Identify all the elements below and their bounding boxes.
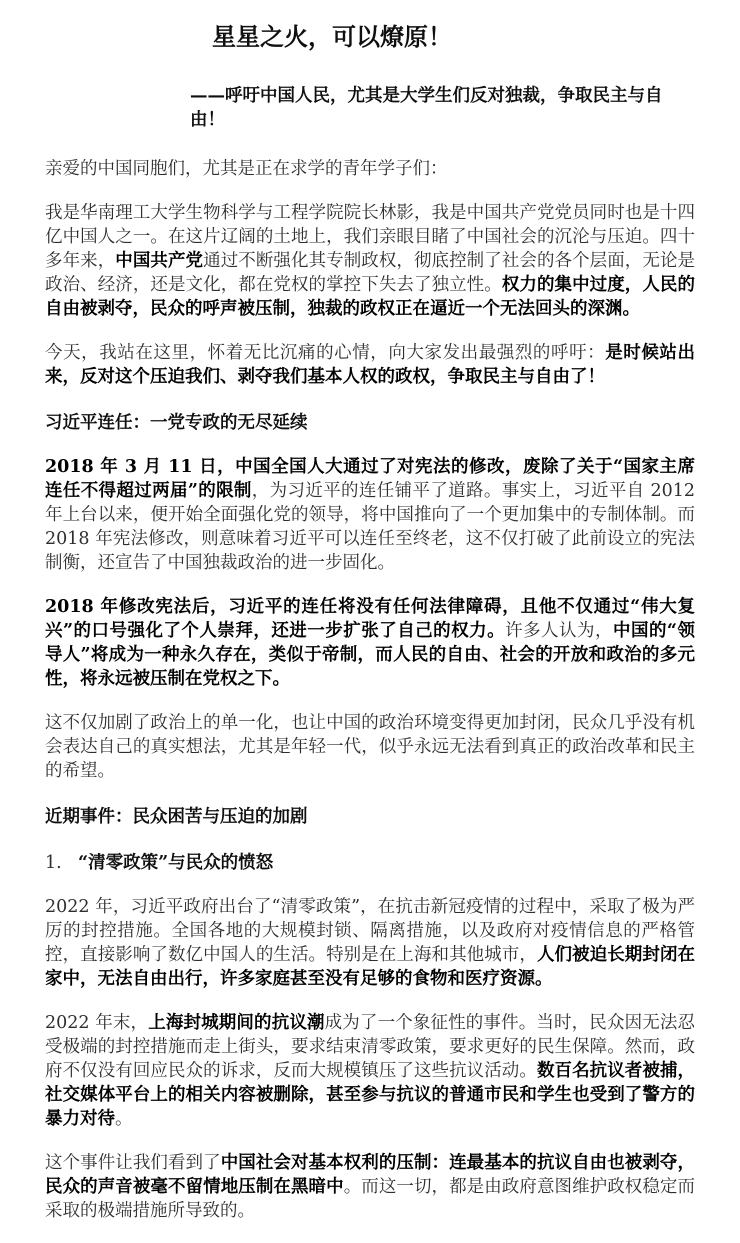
paragraph-zero-covid-policy: 2022 年，习近平政府出台了“清零政策”，在抗击新冠疫情的过程中，采取了极为严… <box>45 895 695 991</box>
doc-title: 星星之火，可以燎原！ <box>7 20 657 54</box>
numbered-heading-zero-covid: 1.“清零政策”与民众的愤怒 <box>45 851 695 875</box>
paragraph-after-amendment: 2018 年修改宪法后，习近平的连任将没有任何法律障碍，且他不仅通过“伟大复兴”… <box>45 595 695 691</box>
salutation: 亲爱的中国同胞们，尤其是正在求学的青年学子们： <box>45 157 695 181</box>
doc-subtitle: ——呼吁中国人民，尤其是大学生们反对独裁，争取民主与自由！ <box>45 84 695 132</box>
paragraph-2018-amendment: 2018 年 3 月 11 日，中国全国人大通过了对宪法的修改，废除了关于“国家… <box>45 455 695 575</box>
paragraph-political-closure: 这不仅加剧了政治上的单一化，也让中国的政治环境变得更加封闭，民众几乎没有机会表达… <box>45 711 695 783</box>
paragraph-rights-suppression: 这个事件让我们看到了中国社会对基本权利的压制：连最基本的抗议自由也被剥夺，民众的… <box>45 1151 695 1223</box>
heading-recent-events: 近期事件：民众困苦与压迫的加剧 <box>45 805 695 829</box>
numbered-heading-text: “清零政策”与民众的愤怒 <box>78 853 273 873</box>
document-page: 星星之火，可以燎原！ ——呼吁中国人民，尤其是大学生们反对独裁，争取民主与自由！… <box>0 0 740 1243</box>
paragraph-self-introduction: 我是华南理工大学生物科学与工程学院院长林影，我是中国共产党党员同时也是十四亿中国… <box>45 201 695 321</box>
paragraph-shanghai-protests: 2022 年末，上海封城期间的抗议潮成为了一个象征性的事件。当时，民众因无法忍受… <box>45 1011 695 1131</box>
paragraph-call-to-action: 今天，我站在这里，怀着无比沉痛的心情，向大家发出最强烈的呼吁：是时候站出来，反对… <box>45 341 695 389</box>
list-number: 1. <box>45 851 78 875</box>
heading-xi-reelection: 习近平连任：一党专政的无尽延续 <box>45 411 695 435</box>
